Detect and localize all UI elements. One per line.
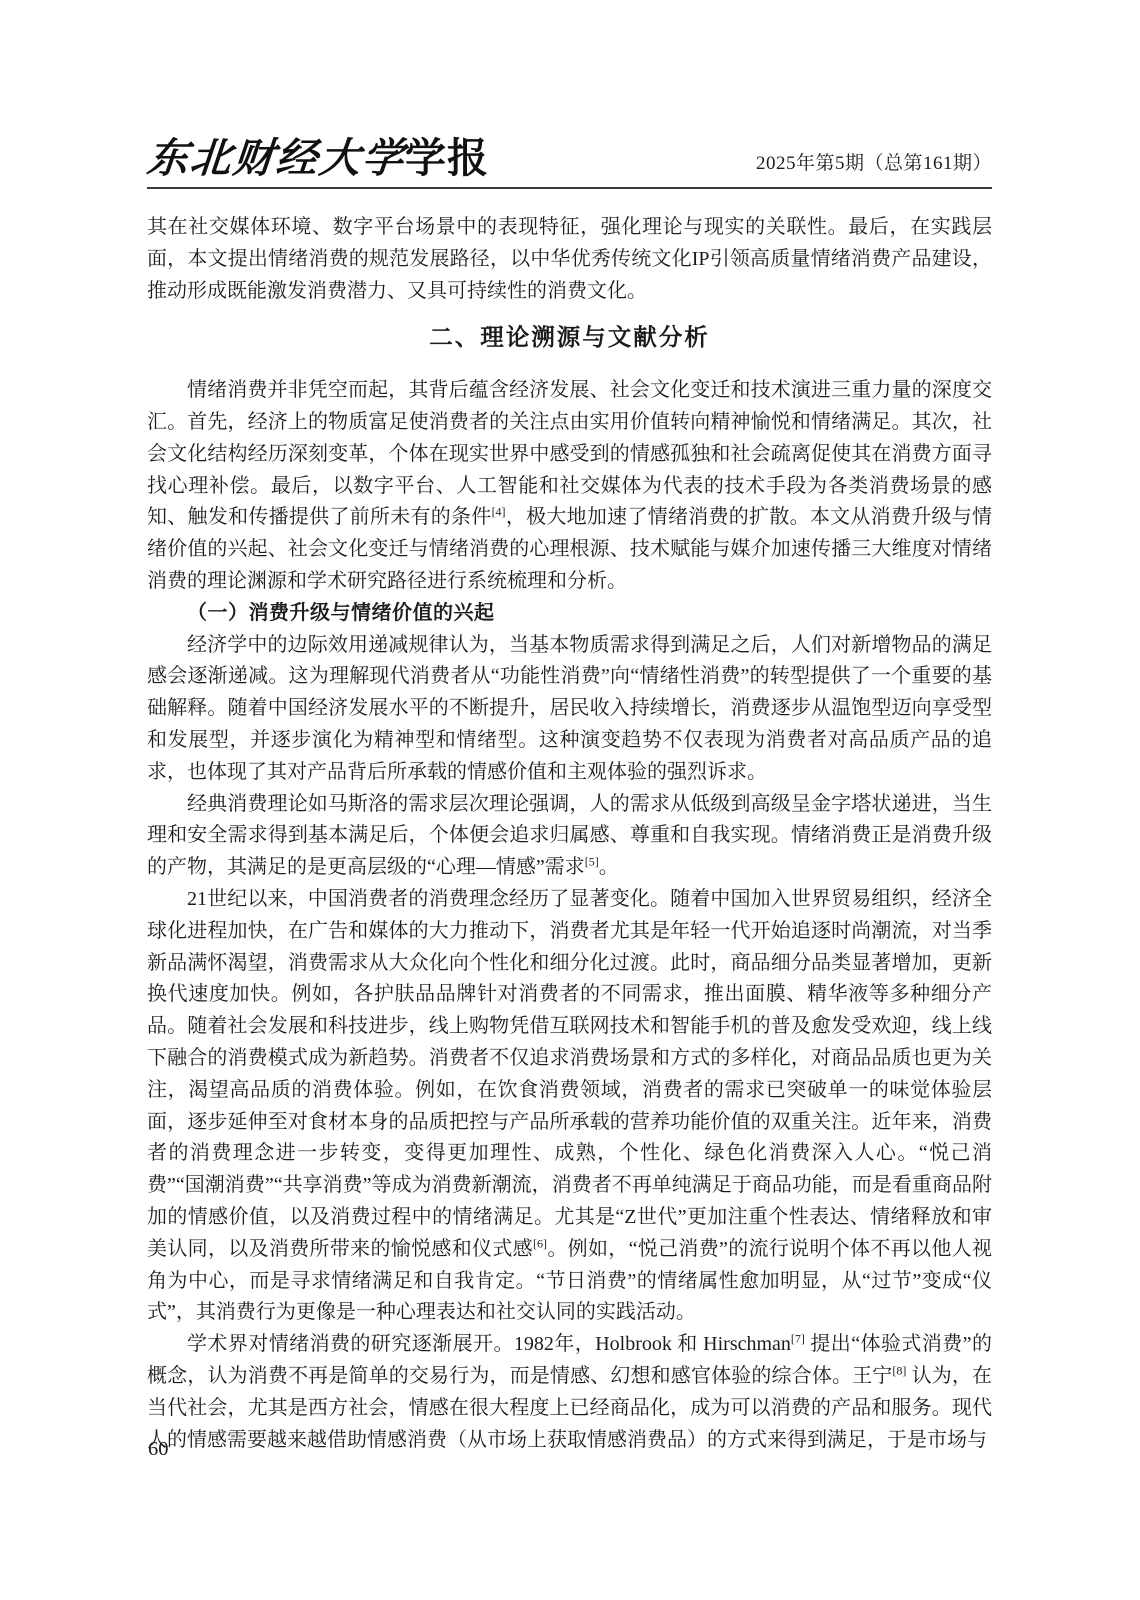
journal-logo-calligraphy: 东北财经大学 [145,136,407,181]
section-heading: 二、理论溯源与文献分析 [147,322,992,354]
paragraph: 经济学中的边际效用递减规律认为，当基本物质需求得到满足之后，人们对新增物品的满足… [147,630,992,789]
article-body: 其在社交媒体环境、数字平台场景中的表现特征，强化理论与现实的关联性。最后，在实践… [147,212,992,1456]
citation-ref: [6] [533,1236,547,1250]
page-header: 东北财经大学学报 2025年第5期（总第161期） [147,136,992,181]
page-number: 60 [148,1438,169,1461]
paragraph: 情绪消费并非凭空而起，其背后蕴含经济发展、社会文化变迁和技术演进三重力量的深度交… [147,375,992,598]
journal-logo: 东北财经大学学报 [147,136,489,181]
page-content: 东北财经大学学报 2025年第5期（总第161期） 其在社交媒体环境、数字平台场… [147,136,992,1456]
paragraph: 学术界对情绪消费的研究逐渐展开。1982年，Holbrook 和 Hirschm… [147,1329,992,1456]
citation-ref: [4] [492,505,506,519]
journal-page: 东北财经大学学报 2025年第5期（总第161期） 其在社交媒体环境、数字平台场… [0,0,1140,1600]
paragraph: 其在社交媒体环境、数字平台场景中的表现特征，强化理论与现实的关联性。最后，在实践… [147,212,992,307]
header-rule [147,187,992,189]
paragraph: 经典消费理论如马斯洛的需求层次理论强调，人的需求从低级到高级呈金字塔状递进，当生… [147,789,992,884]
citation-ref: [8] [892,1363,906,1377]
citation-ref: [7] [791,1332,805,1346]
paragraph: 21世纪以来，中国消费者的消费理念经历了显著变化。随着中国加入世界贸易组织，经济… [147,884,992,1329]
journal-logo-suffix: 学报 [405,135,489,181]
issue-info: 2025年第5期（总第161期） [756,148,992,181]
subsection-heading: （一）消费升级与情绪价值的兴起 [147,598,992,630]
citation-ref: [5] [585,855,599,869]
